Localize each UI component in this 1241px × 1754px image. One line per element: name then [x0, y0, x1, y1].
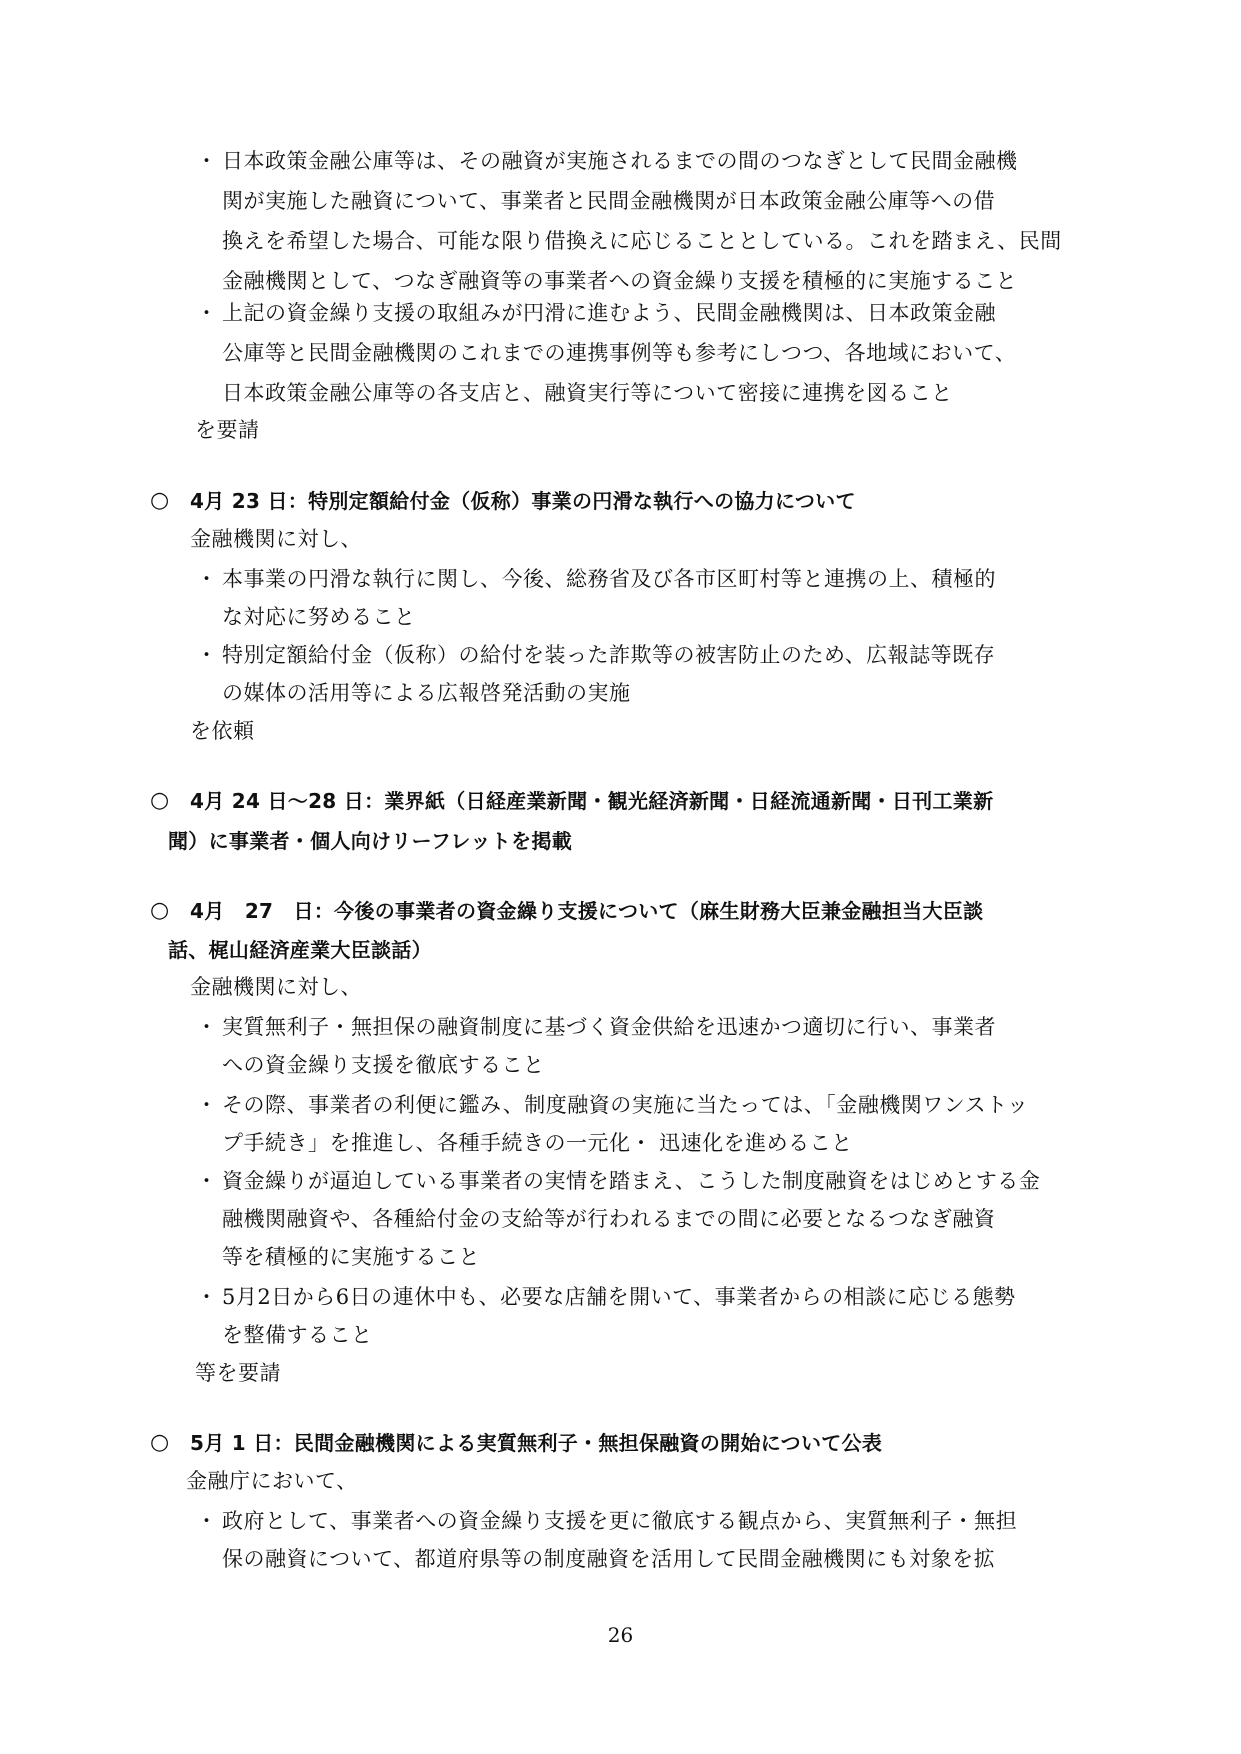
bullet-text-line: 日本政策金融公庫等の各支店と、融資実行等について密接に連携を図ること	[222, 378, 953, 408]
bullet-text-line: その際、事業者の利便に鑑み、制度融資の実施に当たっては、「金融機関ワンストッ	[222, 1090, 1029, 1120]
bullet-text-line: を整備すること	[222, 1320, 373, 1350]
bullet-text-line: 等を積極的に実施すること	[222, 1242, 480, 1272]
bullet-text-line: 日本政策金融公庫等は、その融資が実施されるまでの間のつなぎとして民間金融機	[222, 146, 1018, 176]
bullet-text-line: 換えを希望した場合、可能な限り借換えに応じることとしている。これを踏まえ、民間	[222, 226, 1062, 256]
bullet-text-line: 金融機関として、つなぎ融資等の事業者への資金繰り支援を積極的に実施すること	[222, 266, 1017, 296]
bullet-text-line: 政府として、事業者への資金繰り支援を更に徹底する観点から、実質無利子・無担	[222, 1506, 1017, 1536]
bullet-mark: ・	[196, 298, 217, 328]
section-circle-mark: ○	[150, 486, 169, 516]
bullet-text-line: 特別定額給付金（仮称）の給付を装った詐欺等の被害防止のため、広報誌等既存	[222, 640, 995, 670]
document-page: ・ 日本政策金融公庫等は、その融資が実施されるまでの間のつなぎとして民間金融機 …	[0, 0, 1241, 1754]
bullet-text-line: な対応に努めること	[222, 602, 416, 632]
bullet-text-line: 融機関融資や、各種給付金の支給等が行われるまでの間に必要となるつなぎ融資	[222, 1204, 995, 1234]
bullet-text-line: への資金繰り支援を徹底すること	[222, 1050, 545, 1080]
bullet-mark: ・	[196, 640, 217, 670]
bullet-text-line: 資金繰りが逼迫している事業者の実情を踏まえ、こうした制度融資をはじめとする金	[222, 1166, 1040, 1196]
bullet-mark: ・	[196, 146, 217, 176]
section-circle-mark: ○	[150, 1428, 169, 1458]
section-heading: 話、梶山経済産業大臣談話）	[168, 935, 432, 965]
closing-text: を依頼	[190, 716, 255, 746]
closing-text: 等を要請	[195, 1358, 281, 1388]
section-heading: 4月 24 日～28 日：業界紙（日経産業新聞・観光経済新聞・日経流通新聞・日刊…	[190, 786, 993, 816]
bullet-text-line: 本事業の円滑な執行に関し、今後、総務省及び各市区町村等と連携の上、積極的	[222, 564, 996, 594]
bullet-text-line: 5月2日から6日の連休中も、必要な店舗を開いて、事業者からの相談に応じる態勢	[222, 1282, 1016, 1312]
bullet-mark: ・	[196, 1090, 217, 1120]
section-heading: 聞）に事業者・個人向けリーフレットを掲載	[168, 826, 572, 856]
section-intro: 金融機関に対し、	[190, 524, 362, 554]
section-heading: 4月 27 日：今後の事業者の資金繰り支援について（麻生財務大臣兼金融担当大臣談	[190, 896, 983, 926]
section-intro: 金融機関に対し、	[190, 972, 362, 1002]
bullet-mark: ・	[196, 1282, 217, 1312]
bullet-text-line: 上記の資金繰り支援の取組みが円滑に進むよう、民間金融機関は、日本政策金融	[222, 298, 996, 328]
section-circle-mark: ○	[150, 786, 169, 816]
section-heading: 5月 1 日：民間金融機関による実質無利子・無担保融資の開始について公表	[190, 1428, 882, 1458]
bullet-mark: ・	[196, 564, 217, 594]
section-heading: 4月 23 日：特別定額給付金（仮称）事業の円滑な執行への協力について	[190, 486, 856, 516]
section-circle-mark: ○	[150, 896, 169, 926]
bullet-mark: ・	[196, 1012, 217, 1042]
closing-text: を要請	[195, 415, 260, 445]
bullet-mark: ・	[196, 1506, 217, 1536]
page-number: 26	[0, 1620, 1241, 1650]
bullet-text-line: 保の融資について、都道府県等の制度融資を活用して民間金融機関にも対象を拡	[222, 1544, 995, 1574]
bullet-text-line: 公庫等と民間金融機関のこれまでの連携事例等も参考にしつつ、各地域において、	[222, 338, 1016, 368]
bullet-mark: ・	[196, 1166, 217, 1196]
bullet-text-line: 実質無利子・無担保の融資制度に基づく資金供給を迅速かつ適切に行い、事業者	[222, 1012, 996, 1042]
section-intro: 金融庁において、	[186, 1466, 358, 1496]
bullet-text-line: プ手続き」を推進し、各種手続きの一元化・ 迅速化を進めること	[222, 1128, 853, 1158]
bullet-text-line: 関が実施した融資について、事業者と民間金融機関が日本政策金融公庫等への借	[222, 186, 995, 216]
bullet-text-line: の媒体の活用等による広報啓発活動の実施	[222, 678, 631, 708]
